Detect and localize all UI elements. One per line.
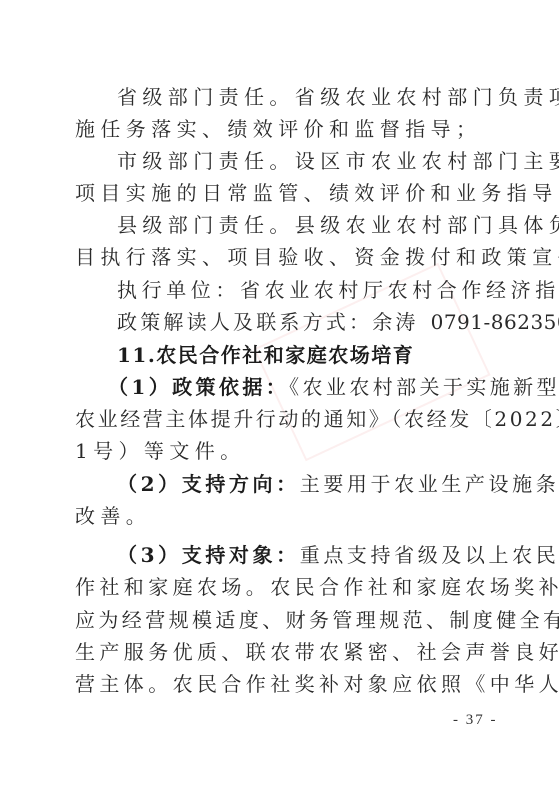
document-page: 省级部门责任。省级农业农村部门负责项目实 施任务落实、绩效评价和监督指导； 市级… bbox=[0, 0, 559, 793]
paragraph-municipal-line1: 市级部门责任。设区市农业农村部门主要负责 bbox=[117, 146, 485, 176]
paragraph-county-line1: 县级部门责任。县级农业农村部门具体负责项 bbox=[117, 210, 485, 240]
paragraph-municipal-line2: 项目实施的日常监管、绩效评价和业务指导； bbox=[75, 178, 485, 208]
contact-label: 政策解读人及联系方式： bbox=[117, 310, 372, 334]
section-heading: 11.农民合作社和家庭农场培育 bbox=[117, 340, 485, 370]
policy-basis-text: 《农业农村部关于实施新型 bbox=[289, 375, 559, 399]
paragraph-provincial-line2: 施任务落实、绩效评价和监督指导； bbox=[75, 114, 485, 144]
support-direction-text: 主要用于农业生产设施条件 bbox=[300, 472, 559, 496]
support-direction-label: （2）支持方向： bbox=[117, 472, 300, 496]
support-target-line4: 生产服务优质、联农带农紧密、社会声誉良好的经 bbox=[75, 637, 485, 667]
support-target-line2: 作社和家庭农场。农民合作社和家庭农场奖补对象 bbox=[75, 572, 485, 602]
policy-basis-line2: 农业经营主体提升行动的通知》（农经发〔2022〕 bbox=[75, 404, 485, 434]
policy-basis-line3: 1号）等文件。 bbox=[75, 436, 485, 466]
policy-basis-label: （1）政策依据： bbox=[108, 375, 289, 399]
support-target-line1: （3）支持对象：重点支持省级及以上农民合 bbox=[117, 540, 487, 570]
support-target-label: （3）支持对象： bbox=[117, 543, 300, 567]
paragraph-county-line2: 目执行落实、项目验收、资金拨付和政策宣传。 bbox=[75, 242, 485, 272]
contact-name: 余涛 bbox=[372, 310, 418, 334]
support-target-text: 重点支持省级及以上农民合 bbox=[300, 543, 559, 567]
support-target-line5: 营主体。农民合作社奖补对象应依照《中华人民共 bbox=[75, 669, 485, 699]
contact-phone: 0791-86235055 bbox=[431, 310, 559, 334]
support-direction-line1: （2）支持方向：主要用于农业生产设施条件 bbox=[117, 469, 487, 499]
page-number: - 37 - bbox=[453, 712, 498, 729]
contact-info: 政策解读人及联系方式：余涛0791-86235055 bbox=[117, 307, 485, 337]
support-direction-line2: 改善。 bbox=[75, 501, 485, 531]
executing-unit-label: 执行单位： bbox=[117, 278, 240, 302]
support-target-line3: 应为经营规模适度、财务管理规范、制度健全有效、 bbox=[75, 605, 485, 635]
executing-unit-value: 省农业农村厅农村合作经济指导处 bbox=[240, 278, 559, 302]
policy-basis-line1: （1）政策依据：《农业农村部关于实施新型 bbox=[108, 372, 488, 402]
paragraph-provincial-line1: 省级部门责任。省级农业农村部门负责项目实 bbox=[117, 82, 485, 112]
executing-unit: 执行单位：省农业农村厅农村合作经济指导处 bbox=[117, 275, 485, 305]
